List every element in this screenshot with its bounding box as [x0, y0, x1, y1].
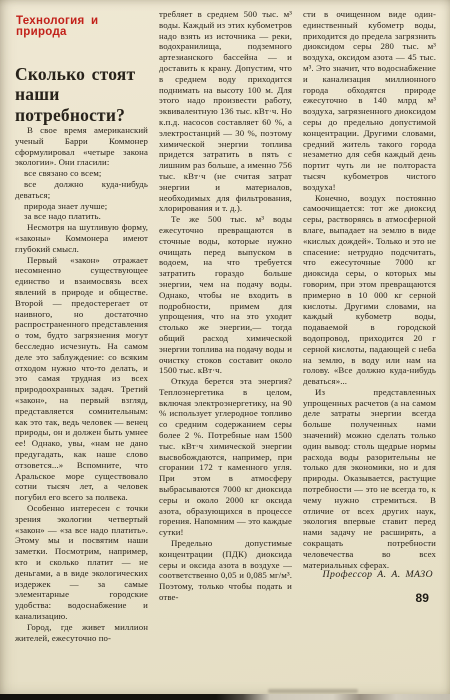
- magazine-page-scan: Технология и природа Сколько стоят наши …: [0, 0, 450, 700]
- scan-edge: [0, 694, 450, 700]
- column-3: сти в очищенном виде один-единственный к…: [303, 9, 436, 643]
- scan-artifact: [268, 689, 358, 693]
- article-title-line-1: Сколько стоят: [15, 64, 148, 85]
- article-columns: Технология и природа Сколько стоят наши …: [0, 0, 450, 643]
- law-list-item: природа знает лучше;: [15, 201, 148, 212]
- paragraph: требляет в среднем 500 тыс. м³ воды. Каж…: [159, 9, 292, 214]
- page-number: 89: [303, 593, 436, 604]
- law-list-item: все связано со всем;: [15, 168, 148, 179]
- paragraph: Предельно допустимые концентрации (ПДК) …: [159, 538, 292, 603]
- paragraph: Те же 500 тыс. м³ воды ежесуточно превра…: [159, 214, 292, 376]
- paragraph: Из представленных упрощенных расчетов (а…: [303, 387, 436, 571]
- paragraph: Откуда берется эта энергия? Теплоэнергет…: [159, 376, 292, 538]
- column-2: требляет в среднем 500 тыс. м³ воды. Каж…: [159, 9, 292, 643]
- paragraph: Конечно, воздух постоянно самоочищается:…: [303, 193, 436, 387]
- paragraph: В свое время американский ученый Барри К…: [15, 125, 148, 168]
- column-1: Технология и природа Сколько стоят наши …: [15, 9, 148, 643]
- paragraph: Город, где живет миллион жителей, ежесут…: [15, 622, 148, 644]
- article-title: Сколько стоят наши потребности?: [15, 64, 148, 126]
- author-signature: Профессор А. А. МАЗО: [303, 570, 436, 581]
- law-list-item: за все надо платить.: [15, 211, 148, 222]
- paragraph: Несмотря на шутливую форму, «законы» Ком…: [15, 222, 148, 254]
- paragraph: Первый «закон» отражает несомненно сущес…: [15, 255, 148, 503]
- article-title-line-2: наши потребности?: [15, 84, 148, 125]
- law-list-item: все должно куда-нибудь деваться;: [15, 179, 148, 201]
- paragraph: сти в очищенном виде один-единственный к…: [303, 9, 436, 193]
- section-label: Технология и природа: [16, 16, 148, 38]
- paragraph: Особенно интересен с точки зрения эколог…: [15, 503, 148, 622]
